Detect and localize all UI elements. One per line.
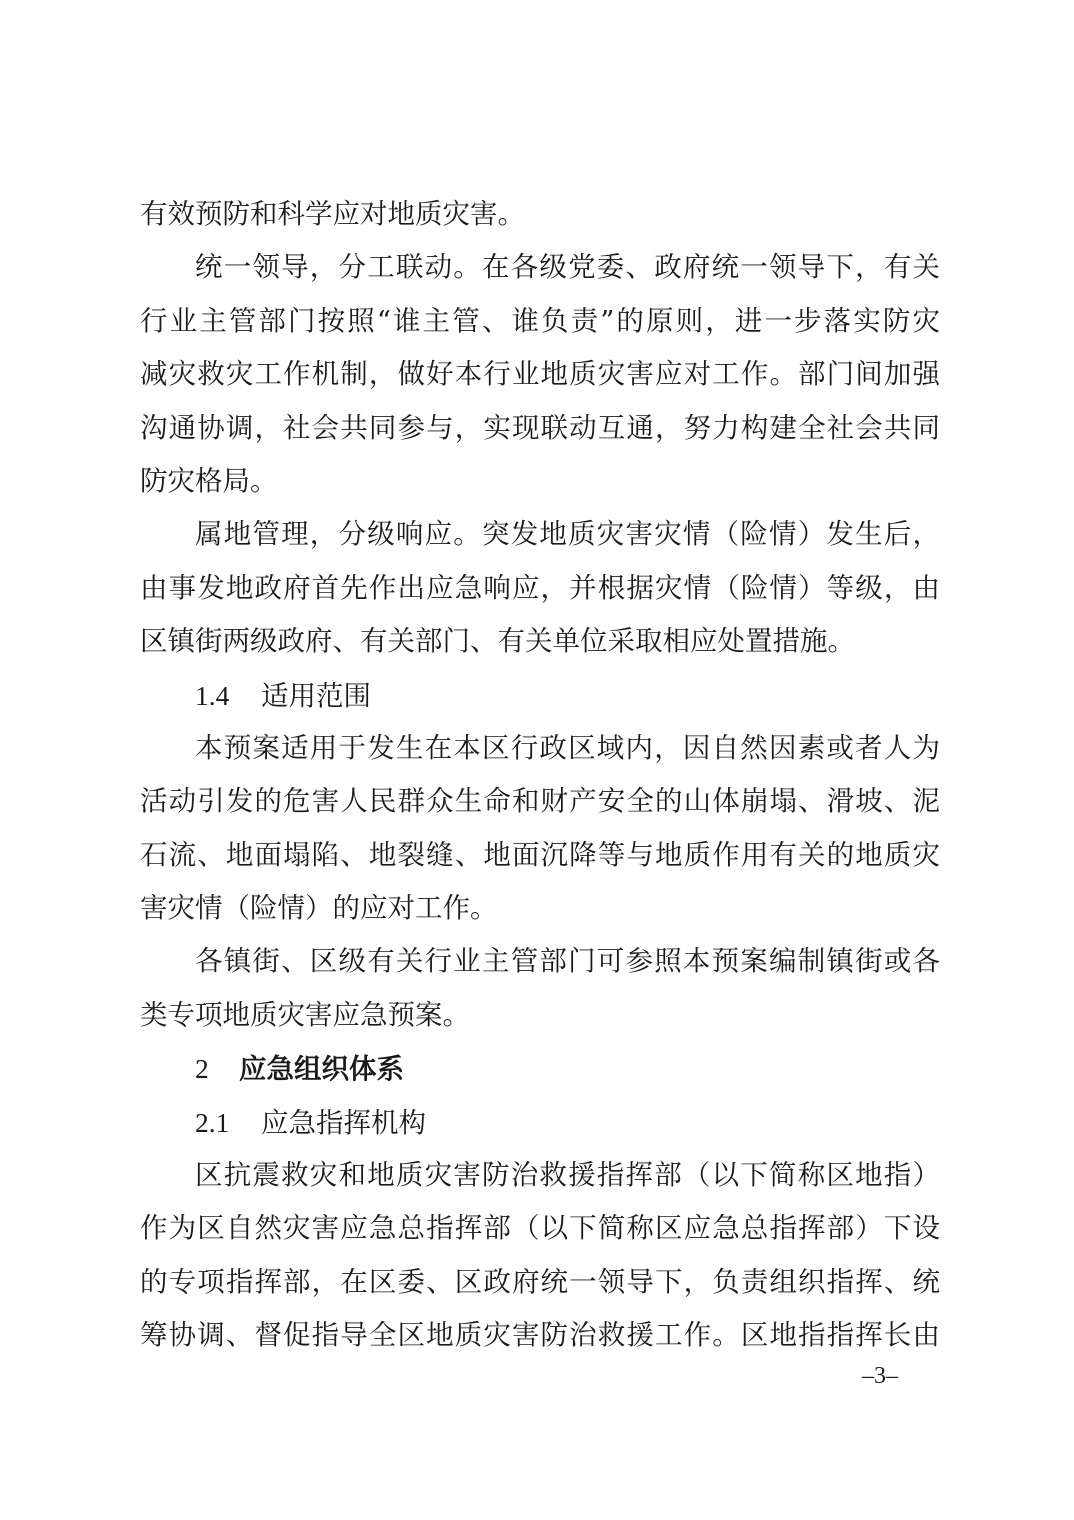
text-line: 统一领导，分工联动。在各级党委、政府统一领导下，有关 bbox=[140, 241, 940, 294]
text-line: 有效预防和科学应对地质灾害。 bbox=[140, 188, 940, 241]
text-line: 本预案适用于发生在本区行政区域内，因自然因素或者人为 bbox=[140, 722, 940, 775]
text-line: 筹协调、督促指导全区地质灾害防治救援工作。区地指指挥长由 bbox=[140, 1309, 940, 1362]
section-number: 2.1 bbox=[195, 1096, 261, 1149]
text-line: 各镇街、区级有关行业主管部门可参照本预案编制镇街或各 bbox=[140, 935, 940, 988]
text-line: 害灾情（险情）的应对工作。 bbox=[140, 882, 940, 935]
text-line: 石流、地面塌陷、地裂缝、地面沉降等与地质作用有关的地质灾 bbox=[140, 829, 940, 882]
section-title: 适用范围 bbox=[261, 680, 371, 712]
text-line: 属地管理，分级响应。突发地质灾害灾情（险情）发生后， bbox=[140, 508, 940, 561]
section-heading-2-1: 2.1应急指挥机构 bbox=[140, 1096, 940, 1149]
section-heading-2: 2应急组织体系 bbox=[140, 1042, 940, 1095]
text-line: 防灾格局。 bbox=[140, 455, 940, 508]
section-title: 应急指挥机构 bbox=[261, 1107, 426, 1139]
paragraph-block-b: 本预案适用于发生在本区行政区域内，因自然因素或者人为 活动引发的危害人民群众生命… bbox=[140, 722, 940, 1042]
page-number: –3– bbox=[862, 1363, 898, 1390]
section-title: 应急组织体系 bbox=[239, 1053, 404, 1085]
text-line: 由事发地政府首先作出应急响应，并根据灾情（险情）等级，由 bbox=[140, 562, 940, 615]
paragraph-block-c: 区抗震救灾和地质灾害防治救援指挥部（以下简称区地指） 作为区自然灾害应急总指挥部… bbox=[140, 1149, 940, 1363]
text-line: 沟通协调，社会共同参与，实现联动互通，努力构建全社会共同 bbox=[140, 402, 940, 455]
text-line: 行业主管部门按照“谁主管、谁负责”的原则，进一步落实防灾 bbox=[140, 295, 940, 348]
text-line: 区镇街两级政府、有关部门、有关单位采取相应处置措施。 bbox=[140, 615, 940, 668]
section-number: 1.4 bbox=[195, 669, 261, 722]
paragraph-block-a: 有效预防和科学应对地质灾害。 统一领导，分工联动。在各级党委、政府统一领导下，有… bbox=[140, 188, 940, 669]
text-line: 减灾救灾工作机制，做好本行业地质灾害应对工作。部门间加强 bbox=[140, 348, 940, 401]
text-line: 作为区自然灾害应急总指挥部（以下简称区应急总指挥部）下设 bbox=[140, 1202, 940, 1255]
section-number: 2 bbox=[195, 1042, 239, 1095]
document-page: 有效预防和科学应对地质灾害。 统一领导，分工联动。在各级党委、政府统一领导下，有… bbox=[140, 188, 940, 1363]
text-line: 类专项地质灾害应急预案。 bbox=[140, 989, 940, 1042]
section-heading-1-4: 1.4适用范围 bbox=[140, 669, 940, 722]
text-line: 的专项指挥部，在区委、区政府统一领导下，负责组织指挥、统 bbox=[140, 1256, 940, 1309]
text-line: 区抗震救灾和地质灾害防治救援指挥部（以下简称区地指） bbox=[140, 1149, 940, 1202]
text-line: 活动引发的危害人民群众生命和财产安全的山体崩塌、滑坡、泥 bbox=[140, 775, 940, 828]
